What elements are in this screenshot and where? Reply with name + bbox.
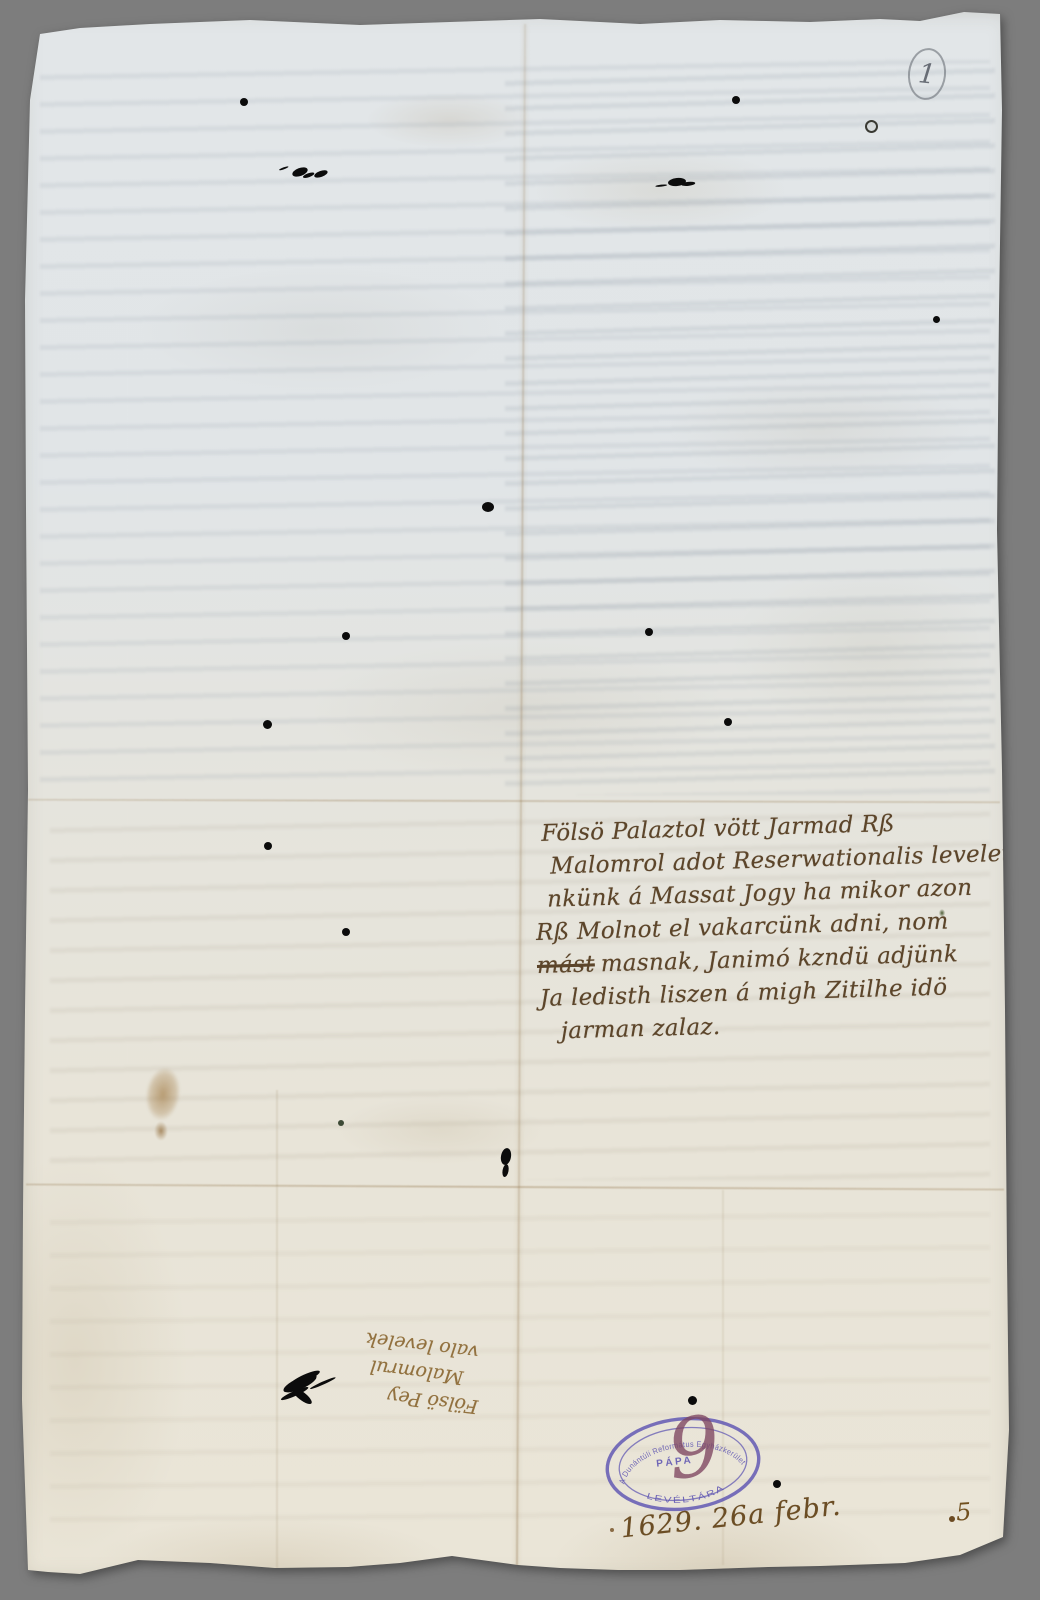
verso-show-through-bottom: [50, 1200, 990, 1530]
paper-surface: 1 Fölsö Palaztol vött Jarmad Rß Malomrol…: [20, 10, 1012, 1580]
horizontal-fold-crease-lower: [26, 1183, 1004, 1190]
ink-spot-brown: [610, 1528, 614, 1532]
brown-stain-drip: [152, 1118, 170, 1144]
ink-blot: [291, 166, 309, 179]
stamp-handwritten-numeral: 9: [663, 1405, 725, 1493]
ink-spot: [773, 1480, 781, 1488]
ink-spot-brown: [949, 1516, 955, 1522]
horizontal-fold-crease-upper: [28, 799, 1000, 804]
brown-stain: [135, 1055, 191, 1133]
folio-number-circled: 1: [905, 46, 948, 102]
ink-spot: [732, 96, 740, 104]
handwritten-note: Fölsö Palaztol vött Jarmad Rß Malomrol a…: [533, 806, 969, 1049]
struck-word: mást: [537, 951, 595, 979]
ink-spot: [264, 842, 272, 850]
verso-show-through-top-right: [505, 68, 995, 793]
ink-spot: [342, 632, 350, 640]
page-number: 5: [955, 1498, 972, 1527]
ink-spot: [724, 718, 732, 726]
ink-spot-green: [338, 1120, 344, 1126]
ink-spot: [263, 720, 272, 729]
ink-blot: [482, 502, 494, 512]
docket-note-upside-down: Fölsö Pey Malomrul valo levelek: [268, 1314, 486, 1420]
folio-number: 1: [917, 58, 937, 91]
verso-show-through-top: [40, 60, 990, 795]
ink-spot: [933, 316, 940, 323]
ink-spot: [240, 98, 248, 106]
paper-sheet: 1 Fölsö Palaztol vött Jarmad Rß Malomrol…: [20, 10, 1012, 1580]
ink-spot: [342, 928, 350, 936]
ink-spot: [645, 628, 653, 636]
vertical-fold-crease: [516, 24, 526, 1569]
ink-blot: [500, 1147, 513, 1165]
ink-blot: [668, 177, 687, 187]
ink-ring-spot: [865, 120, 878, 133]
